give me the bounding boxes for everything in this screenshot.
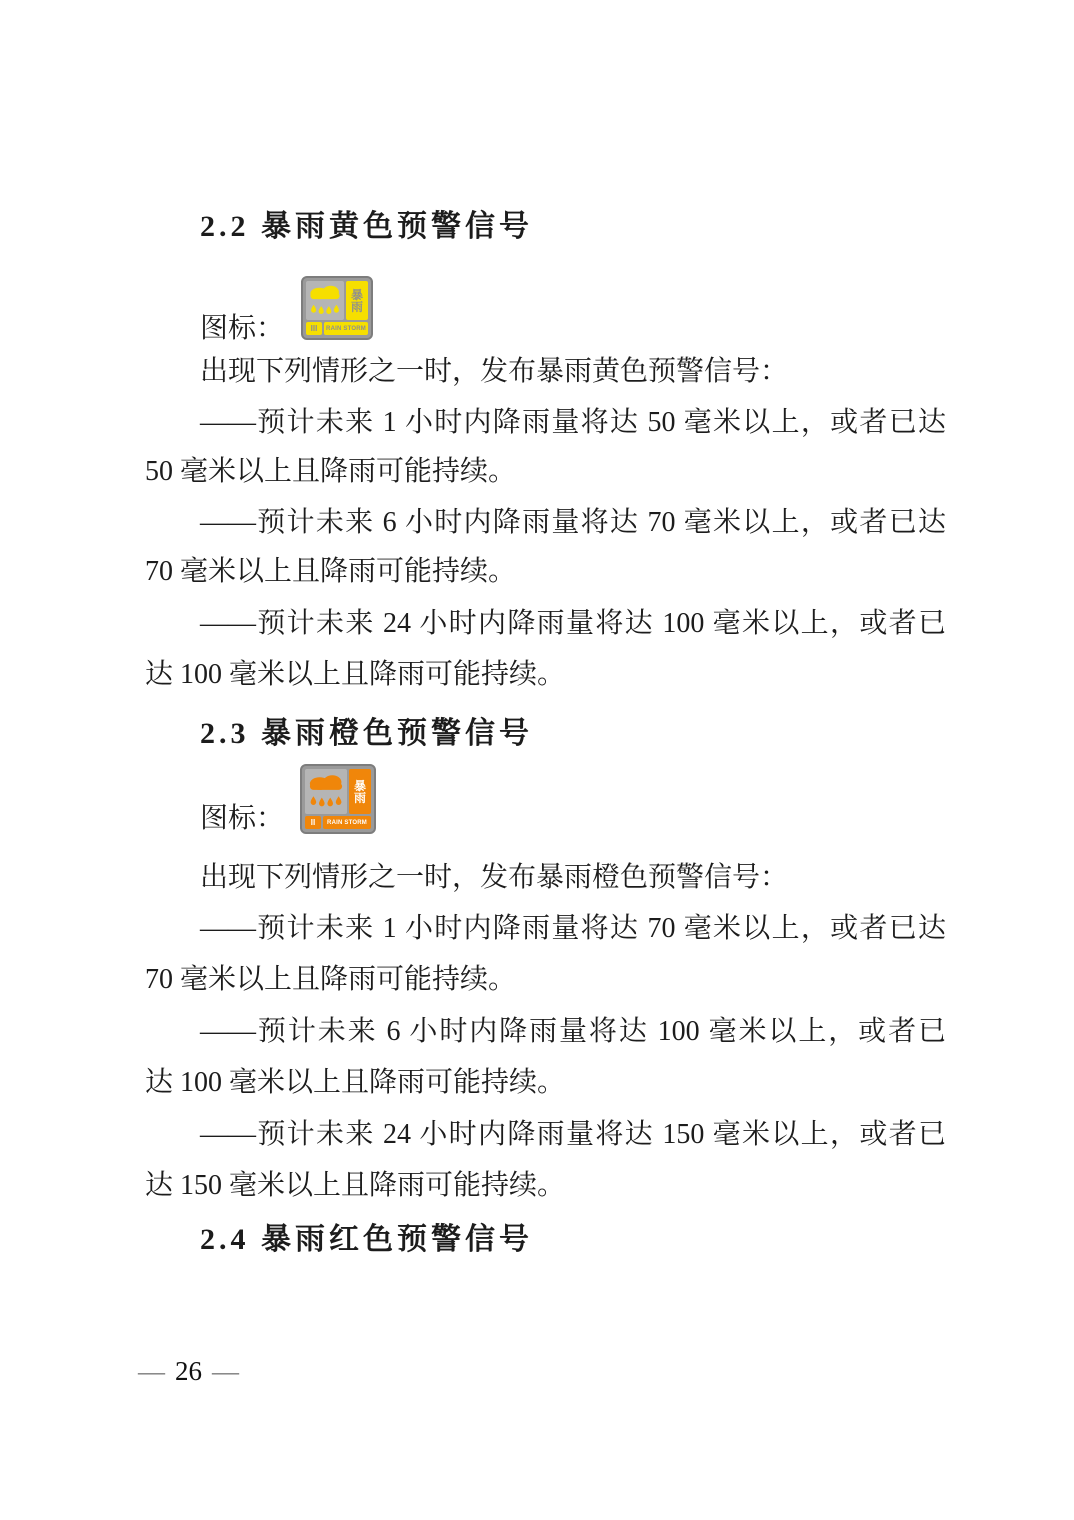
- paragraph-line: ——预计未来 1 小时内降雨量将达 50 毫米以上，或者已达: [200, 403, 946, 443]
- icon-bottom-row: II RAIN STORM: [305, 816, 371, 829]
- icon-top-row: 暴 雨: [305, 769, 371, 814]
- paragraph-line: ——预计未来 24 小时内降雨量将达 150 毫米以上，或者已: [200, 1115, 946, 1155]
- section-heading-2-2: 2.2 暴雨黄色预警信号: [200, 201, 533, 245]
- paragraph-line: ——预计未来 6 小时内降雨量将达 70 毫米以上，或者已达: [200, 503, 946, 543]
- paragraph-line: 达 150 毫米以上且降雨可能持续。: [145, 1166, 565, 1206]
- icon-char-yu: 雨: [354, 792, 366, 804]
- section-heading-2-4: 2.4 暴雨红色预警信号: [200, 1214, 533, 1258]
- paragraph-line: 达 100 毫米以上且降雨可能持续。: [145, 655, 565, 695]
- page-number: —26—: [138, 1356, 239, 1387]
- cloud-rain-pictogram: [306, 281, 344, 320]
- icon-char-bao: 暴: [351, 289, 363, 301]
- intro-line-orange: 出现下列情形之一时，发布暴雨橙色预警信号：: [200, 858, 788, 898]
- icon-char-yu: 雨: [351, 301, 363, 313]
- paragraph-line: 达 100 毫米以上且降雨可能持续。: [145, 1063, 565, 1103]
- icon-label-yellow: 图标：: [200, 306, 284, 346]
- footer-page-number: 26: [175, 1356, 202, 1386]
- section-heading-2-3: 2.3 暴雨橙色预警信号: [200, 708, 533, 752]
- paragraph-line: ——预计未来 1 小时内降雨量将达 70 毫米以上，或者已达: [200, 909, 946, 949]
- intro-line-yellow: 出现下列情形之一时，发布暴雨黄色预警信号：: [200, 352, 788, 392]
- footer-left-dash: —: [138, 1356, 165, 1386]
- icon-level-numeral: III: [306, 322, 322, 335]
- document-page: 2.2 暴雨黄色预警信号 图标： 暴 雨: [0, 0, 1074, 1520]
- footer-right-dash: —: [212, 1356, 239, 1386]
- icon-label-orange: 图标：: [200, 796, 284, 836]
- icon-cn-label: 暴 雨: [349, 769, 371, 814]
- icon-level-numeral: II: [305, 816, 321, 829]
- icon-char-bao: 暴: [354, 780, 366, 792]
- rainstorm-orange-warning-icon: 暴 雨 II RAIN STORM: [300, 764, 376, 834]
- icon-cn-label: 暴 雨: [346, 281, 368, 320]
- icon-english-label: RAIN STORM: [324, 322, 368, 335]
- rainstorm-yellow-warning-icon: 暴 雨 III RAIN STORM: [301, 276, 373, 340]
- cloud-rain-pictogram: [305, 769, 347, 814]
- paragraph-line: 70 毫米以上且降雨可能持续。: [145, 960, 516, 1000]
- paragraph-line: ——预计未来 6 小时内降雨量将达 100 毫米以上，或者已: [200, 1012, 946, 1052]
- icon-top-row: 暴 雨: [306, 281, 368, 320]
- cloud-rain-svg: [305, 772, 347, 812]
- cloud-rain-svg: [306, 283, 344, 319]
- paragraph-line: ——预计未来 24 小时内降雨量将达 100 毫米以上，或者已: [200, 604, 946, 644]
- paragraph-line: 70 毫米以上且降雨可能持续。: [145, 552, 516, 592]
- paragraph-line: 50 毫米以上且降雨可能持续。: [145, 452, 516, 492]
- icon-bottom-row: III RAIN STORM: [306, 322, 368, 335]
- icon-english-label: RAIN STORM: [323, 816, 371, 829]
